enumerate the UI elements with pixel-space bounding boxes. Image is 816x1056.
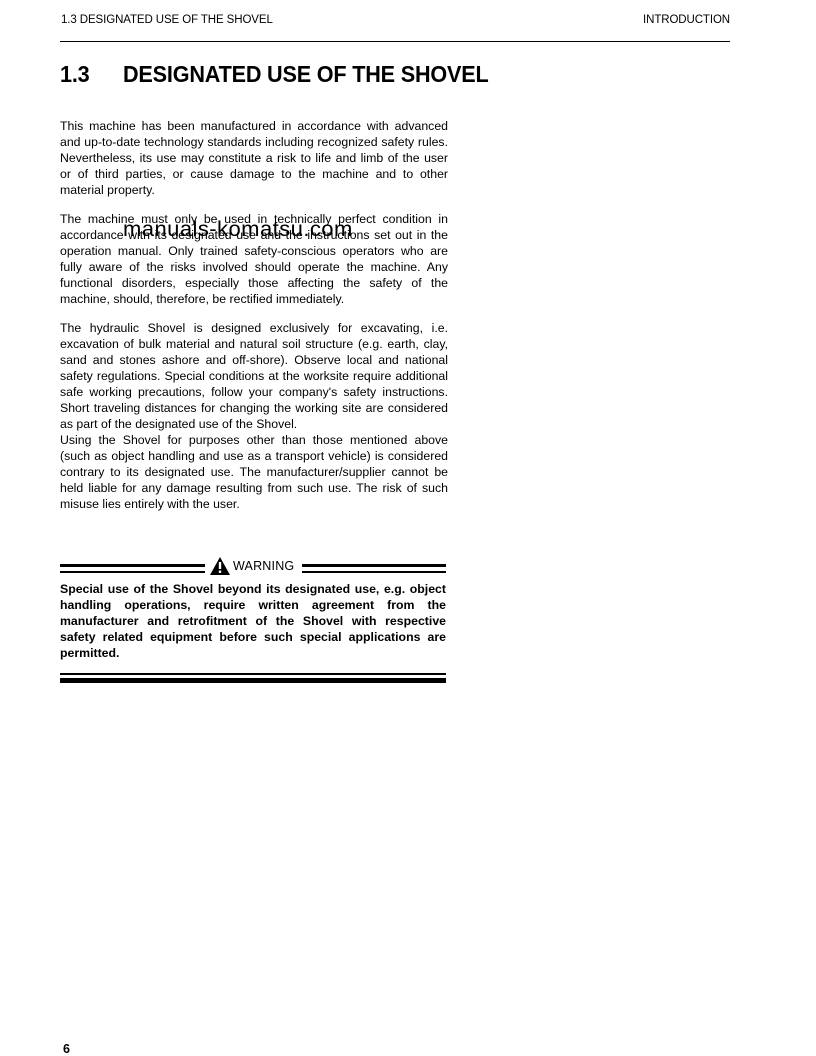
warning-header: WARNING <box>60 556 446 576</box>
running-header-chapter: INTRODUCTION <box>643 14 730 26</box>
header-divider <box>60 41 730 42</box>
warning-label-group: WARNING <box>210 556 294 576</box>
warning-box: WARNING Special use of the Shovel beyond… <box>60 556 446 683</box>
warning-footer-rule-thick <box>60 678 446 683</box>
page-number: 6 <box>63 1042 70 1056</box>
warning-rule-right-thin <box>302 571 446 573</box>
warning-footer-rule-thin <box>60 673 446 675</box>
running-header-section: 1.3 DESIGNATED USE OF THE SHOVEL <box>61 14 273 26</box>
warning-rule-right-thick <box>302 564 446 567</box>
warning-rule-left-thin <box>60 571 205 573</box>
paragraph: The hydraulic Shovel is designed exclusi… <box>60 320 448 432</box>
section-title-text: DESIGNATED USE OF THE SHOVEL <box>123 61 489 87</box>
warning-label: WARNING <box>233 559 294 573</box>
body-text-column: This machine has been manufactured in ac… <box>60 118 448 525</box>
page-title: 1.3DESIGNATED USE OF THE SHOVEL <box>60 61 489 88</box>
paragraph: This machine has been manufactured in ac… <box>60 118 448 198</box>
warning-triangle-icon <box>210 557 230 575</box>
warning-text: Special use of the Shovel beyond its des… <box>60 581 446 661</box>
watermark: manuals-komatsu.com <box>123 218 353 242</box>
warning-footer <box>60 669 446 683</box>
paragraph: Using the Shovel for purposes other than… <box>60 432 448 512</box>
warning-rule-left-thick <box>60 564 205 567</box>
section-number: 1.3 <box>60 61 123 88</box>
